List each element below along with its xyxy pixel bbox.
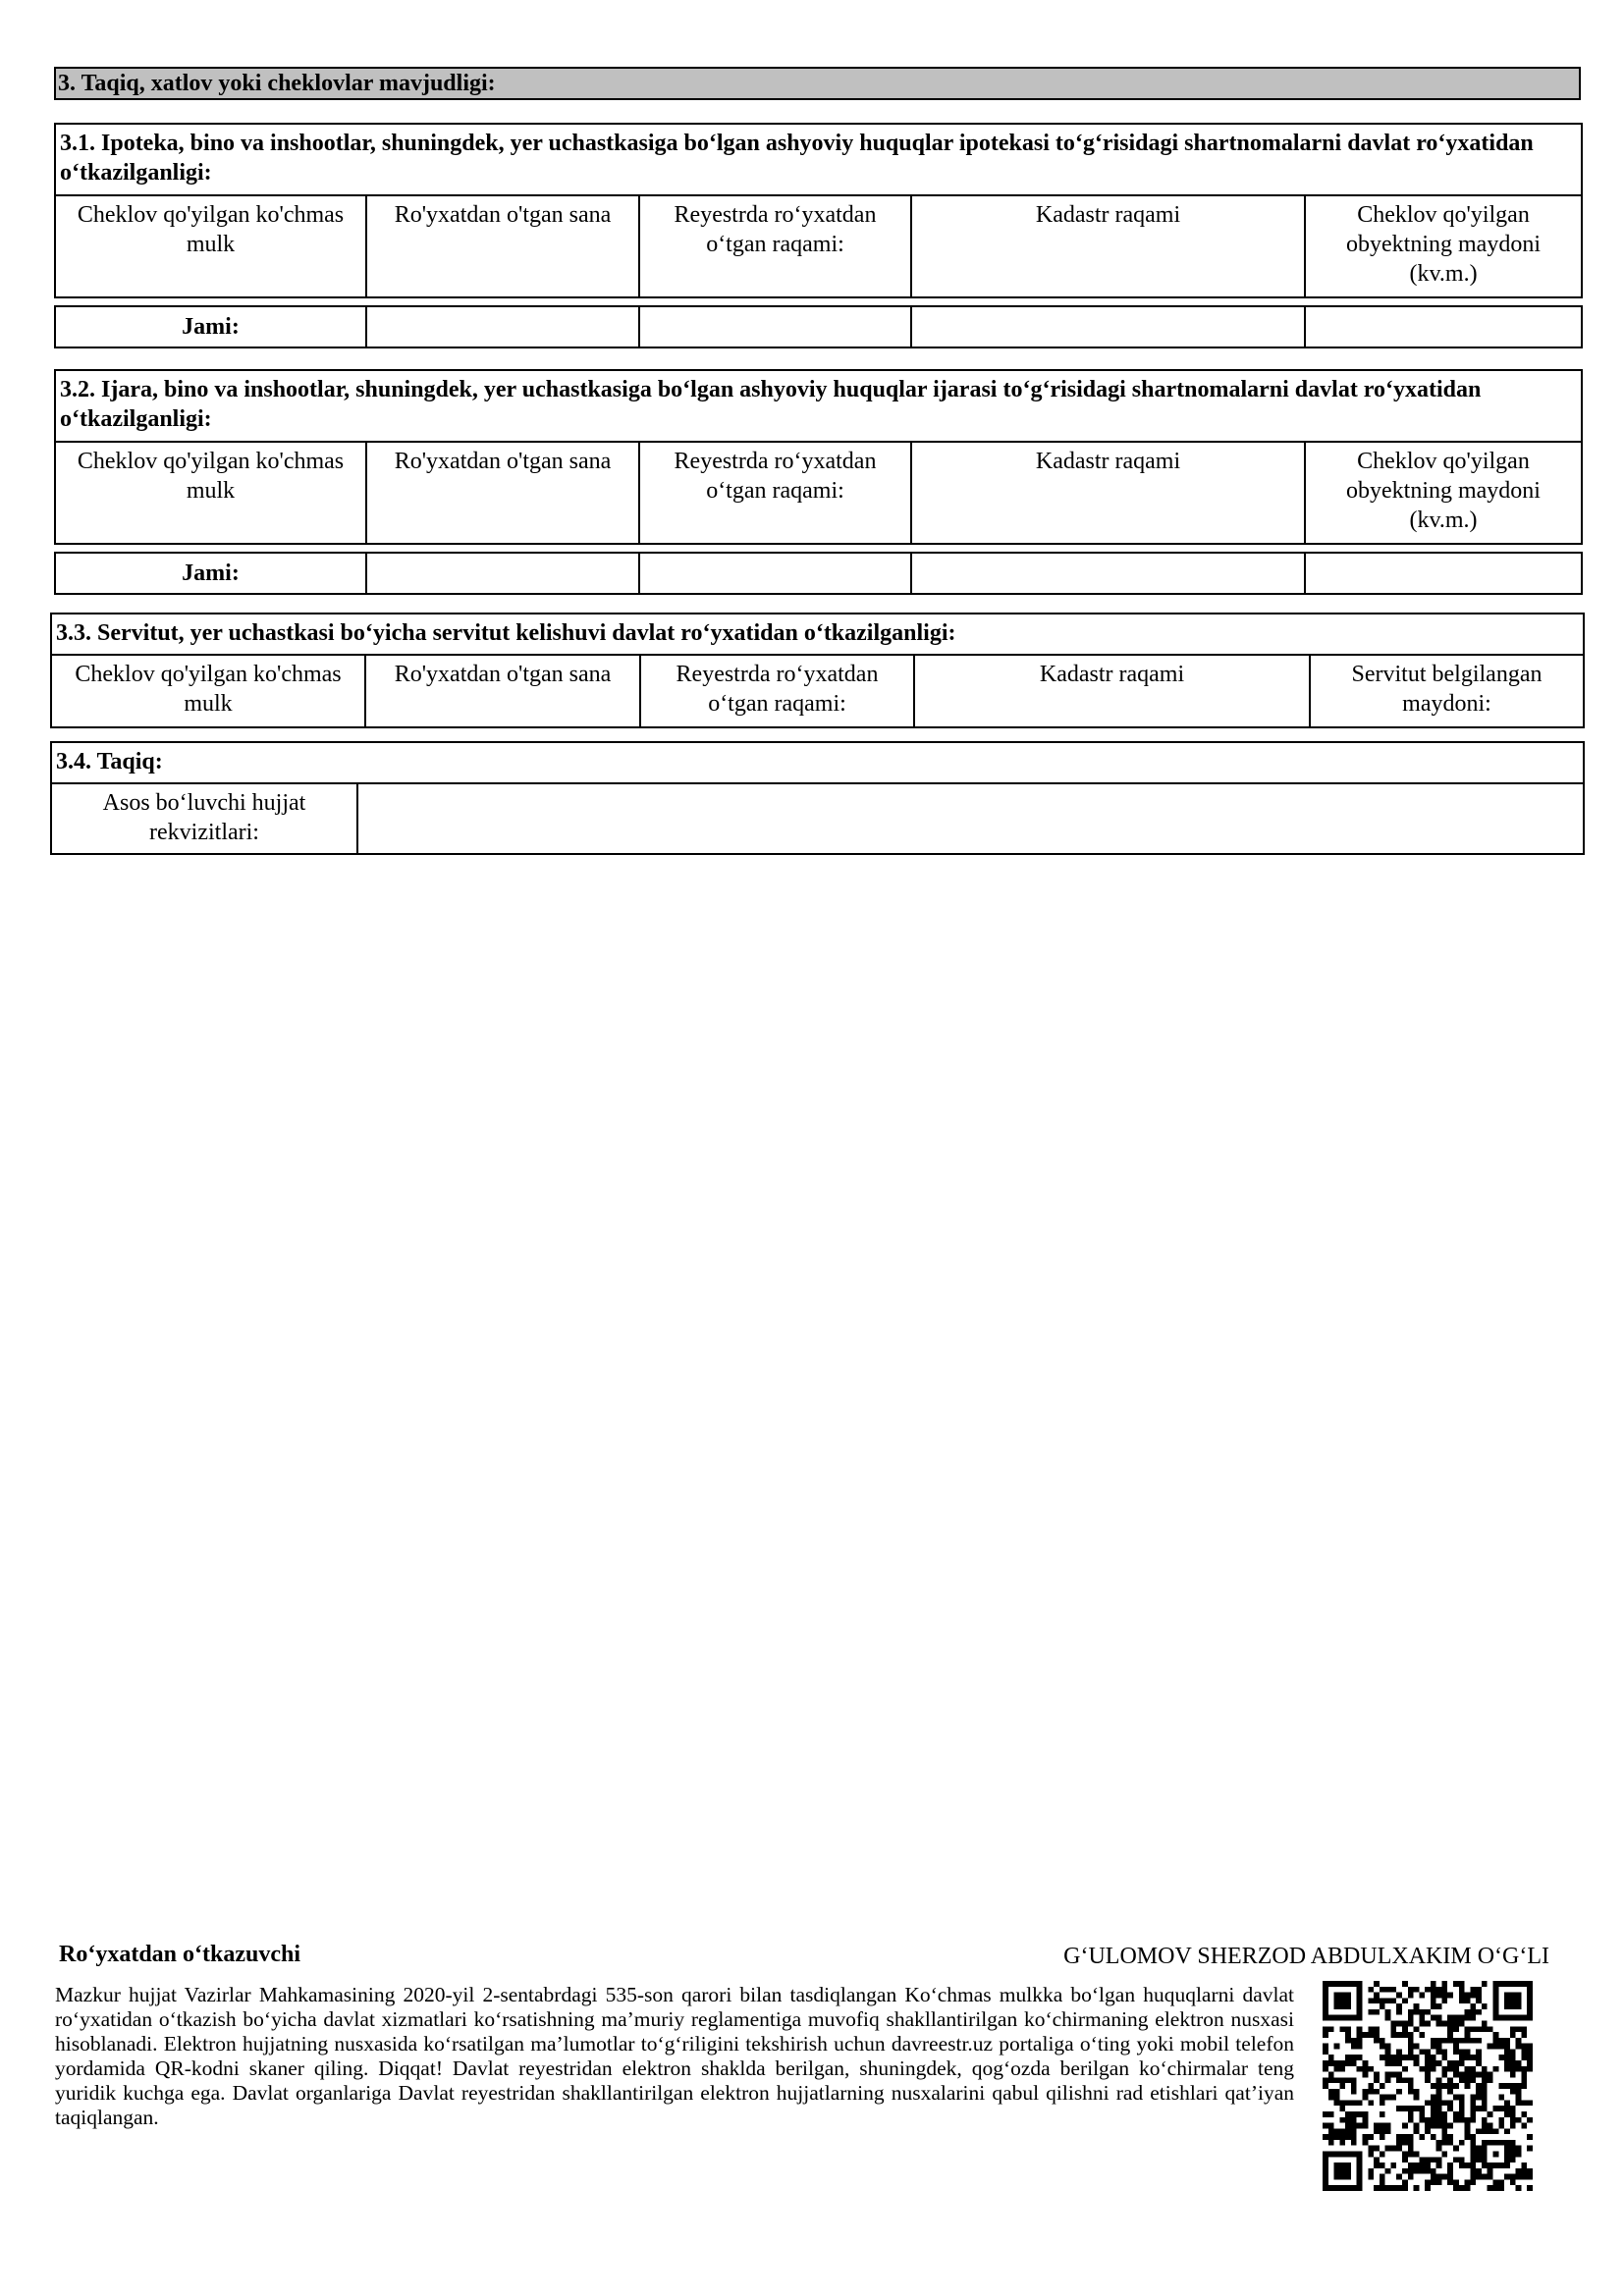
total-cell — [1305, 553, 1582, 594]
column-header: Reyestrda ro‘yxatdan o‘tgan raqami: — [640, 655, 914, 727]
total-cell — [1305, 306, 1582, 347]
table-3-4: 3.4. Taqiq: Asos bo‘luvchi hujjat rekviz… — [50, 741, 1585, 855]
column-header: Kadastr raqami — [911, 195, 1305, 297]
column-header: Cheklov qo'yilgan obyektning maydoni (kv… — [1305, 195, 1582, 297]
section-title: 3. Taqiq, xatlov yoki cheklovlar mavjudl… — [54, 67, 1581, 100]
total-cell — [911, 306, 1305, 347]
subsection-title-3-4: 3.4. Taqiq: — [51, 742, 1584, 783]
column-header: Reyestrda ro‘yxatdan o‘tgan raqami: — [639, 442, 911, 544]
column-header: Kadastr raqami — [914, 655, 1310, 727]
column-header: Ro'yxatdan o'tgan sana — [365, 655, 640, 727]
column-header: Servitut belgilangan maydoni: — [1310, 655, 1584, 727]
table-3-3: 3.3. Servitut, yer uchastkasi bo‘yicha s… — [50, 613, 1585, 728]
legal-note: Mazkur hujjat Vazirlar Mahkamasining 202… — [55, 1983, 1294, 2130]
total-cell — [639, 306, 911, 347]
table-3-1: 3.1. Ipoteka, bino va inshootlar, shunin… — [54, 123, 1583, 298]
column-header: Cheklov qo'yilgan ko'chmas mulk — [55, 195, 366, 297]
column-header: Cheklov qo'yilgan ko'chmas mulk — [51, 655, 365, 727]
registrar-name: G‘ULOMOV SHERZOD ABDULXAKIM O‘G‘LI — [1063, 1942, 1549, 1971]
column-header: Cheklov qo'yilgan obyektning maydoni (kv… — [1305, 442, 1582, 544]
total-cell — [911, 553, 1305, 594]
document-requisites-value — [357, 783, 1584, 854]
total-cell — [639, 553, 911, 594]
total-cell — [366, 553, 639, 594]
column-header: Kadastr raqami — [911, 442, 1305, 544]
document-requisites-label: Asos bo‘luvchi hujjat rekvizitlari: — [51, 783, 357, 854]
column-header: Cheklov qo'yilgan ko'chmas mulk — [55, 442, 366, 544]
table-3-2: 3.2. Ijara, bino va inshootlar, shuningd… — [54, 369, 1583, 545]
total-label: Jami: — [55, 306, 366, 347]
total-row-3-1: Jami: — [54, 305, 1583, 348]
total-label: Jami: — [55, 553, 366, 594]
total-row-3-2: Jami: — [54, 552, 1583, 595]
subsection-title-3-3: 3.3. Servitut, yer uchastkasi bo‘yicha s… — [51, 614, 1584, 655]
subsection-title-3-2: 3.2. Ijara, bino va inshootlar, shuningd… — [55, 370, 1582, 442]
column-header: Reyestrda ro‘yxatdan o‘tgan raqami: — [639, 195, 911, 297]
column-header: Ro'yxatdan o'tgan sana — [366, 442, 639, 544]
total-cell — [366, 306, 639, 347]
subsection-title-3-1: 3.1. Ipoteka, bino va inshootlar, shunin… — [55, 124, 1582, 195]
registrar-label: Ro‘yxatdan o‘tkazuvchi — [59, 1940, 300, 1969]
column-header: Ro'yxatdan o'tgan sana — [366, 195, 639, 297]
qr-code-icon — [1323, 1981, 1533, 2191]
